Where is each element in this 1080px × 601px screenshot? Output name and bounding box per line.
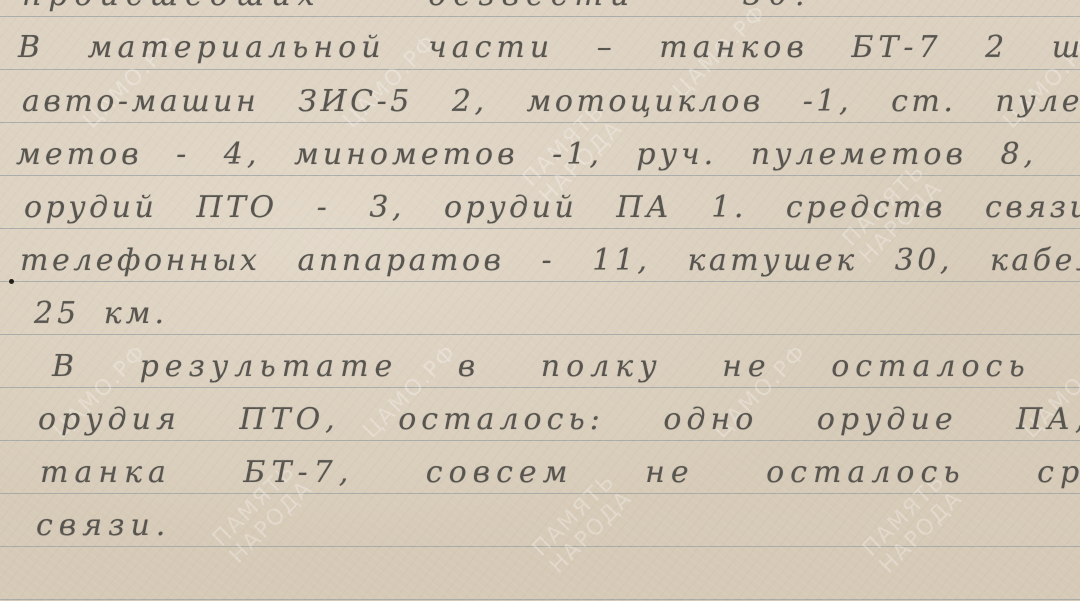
ruling-line — [0, 493, 1080, 494]
ruling-line — [0, 387, 1080, 388]
ruling-line — [0, 16, 1080, 17]
ruling-line — [0, 228, 1080, 229]
ink-dot — [9, 279, 14, 284]
handwritten-line: орудия ПТО, осталось: одно орудие ПА, 4 — [38, 402, 1080, 437]
ruling-line — [0, 599, 1080, 600]
handwritten-line: В результате в полку не осталось ни одно… — [52, 349, 1080, 384]
handwritten-line: авто-машин ЗИС-5 2, мотоциклов -1, ст. п… — [22, 84, 1080, 119]
handwritten-line: танка БТ-7, совсем не осталось средств — [40, 455, 1080, 490]
handwritten-line: В материальной части – танков БТ-7 2 шт.… — [18, 30, 1080, 65]
handwritten-line: орудий ПТО - 3, орудий ПА 1. средств свя… — [24, 190, 1080, 225]
document-page: ЦАМО.РФ ЦАМО.РФ ЦАМО.РФ ЦАМО.РФ ПАМЯТЬ Н… — [0, 0, 1080, 601]
watermark-text: НАРОДА — [226, 476, 318, 568]
ruling-line — [0, 122, 1080, 123]
handwritten-line: 25 км. — [34, 296, 168, 331]
ruling-line — [0, 175, 1080, 176]
ruling-line — [0, 546, 1080, 547]
ruling-line — [0, 334, 1080, 335]
ruling-line — [0, 440, 1080, 441]
watermark-text: НАРОДА — [876, 486, 968, 578]
handwritten-line: телефонных аппаратов - 11, катушек 30, к… — [20, 243, 1080, 278]
ruling-line — [0, 69, 1080, 70]
handwritten-line: происшедших безвести 30. — [22, 0, 812, 13]
handwritten-line: связи. — [36, 508, 171, 543]
handwritten-line: метов - 4, минометов -1, руч. пулеметов … — [16, 137, 1037, 172]
ruling-line — [0, 281, 1080, 282]
watermark-text: НАРОДА — [546, 486, 638, 578]
